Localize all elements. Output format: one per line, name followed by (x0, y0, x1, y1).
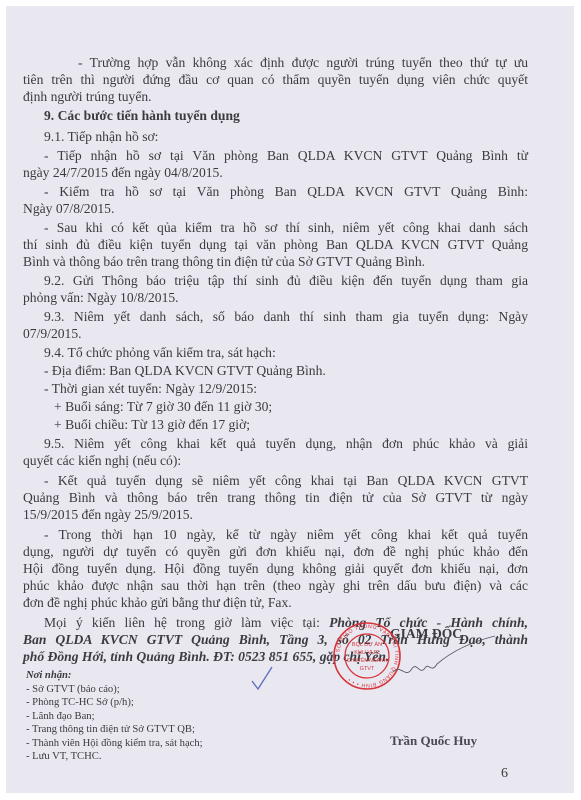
recipients-title: Nơi nhận: (26, 669, 71, 682)
paragraph-line: thí sinh đủ điều kiện tuyển dụng tại văn… (23, 236, 528, 253)
paragraph-line: 15/9/2015 đến ngày 25/9/2015. (23, 506, 193, 523)
document-page: - Trường hợp vẫn không xác định được ngư… (6, 6, 574, 793)
paragraph-line: - Kiểm tra hồ sơ tại Văn phòng Ban QLDA … (44, 183, 528, 200)
subsection-heading: 9.1. Tiếp nhận hồ sơ: (44, 128, 158, 145)
paragraph-line: 9.3. Niêm yết danh sách, số báo danh thí… (44, 308, 528, 325)
paragraph-line: định người trúng tuyển. (23, 88, 152, 105)
paragraph-line: Hội đồng tuyển dụng. Hội đồng tuyển dụng… (23, 560, 528, 577)
paragraph-line: phỏng vấn: Ngày 10/8/2015. (23, 289, 179, 306)
recipient-item: - Lãnh đạo Ban; (26, 710, 203, 723)
subsection-heading: 9.4. Tổ chức phỏng vấn kiểm tra, sát hạc… (44, 344, 276, 361)
recipient-item: - Trang thông tin điện tử Sở GTVT QB; (26, 723, 203, 736)
paragraph-line: ngày 24/7/2015 đến ngày 04/8/2015. (23, 164, 223, 181)
paragraph-line: + Buổi sáng: Từ 7 giờ 30 đến 11 giờ 30; (54, 398, 272, 415)
recipient-item: - Sở GTVT (báo cáo); (26, 683, 203, 696)
paragraph-line: Bình và thông báo trên trang thông tin đ… (23, 253, 425, 270)
paragraph-line: - Trong thời hạn 10 ngày, kể từ ngày niê… (44, 526, 528, 543)
paragraph-line: 07/9/2015. (23, 325, 82, 342)
paragraph-line: dụng, người dự tuyển có quyền gửi đơn kh… (23, 543, 528, 560)
checkmark-icon (250, 665, 274, 691)
paragraph-line: + Buổi chiều: Từ 13 giờ đến 17 giờ; (54, 416, 250, 433)
signer-name: Trần Quốc Huy (390, 732, 477, 749)
paragraph-line: đơn đề nghị phúc khảo gửi bằng thư điện … (23, 594, 292, 611)
paragraph-line: Ngày 07/8/2015. (23, 200, 114, 217)
paragraph-line: - Địa điểm: Ban QLDA KVCN GTVT Quảng Bìn… (44, 362, 326, 379)
paragraph-line: - Kết quả tuyển dụng sẽ niêm yết công kh… (44, 472, 528, 489)
section-heading: 9. Các bước tiến hành tuyển dụng (44, 107, 240, 124)
paragraph-line: 9.2. Gửi Thông báo triệu tập thí sinh đủ… (44, 272, 528, 289)
page-number: 6 (501, 766, 508, 782)
paragraph-line: 9.5. Niêm yết công khai kết quả tuyển dụ… (44, 435, 528, 452)
svg-text:KHU VỰC: KHU VỰC (354, 650, 380, 656)
paragraph-line: - Tiếp nhận hồ sơ tại Văn phòng Ban QLDA… (44, 147, 528, 164)
svg-text:BQL DỰ ÁN: BQL DỰ ÁN (352, 641, 382, 648)
paragraph-line: phúc khảo được nhận sau thời hạn trên (t… (23, 577, 528, 594)
recipient-item: - Lưu VT, TCHC. (26, 750, 203, 763)
paragraph-line: quyết các kiến nghị (nếu có): (23, 452, 181, 469)
paragraph-line: - Trường hợp vẫn không xác định được ngư… (62, 54, 528, 71)
paragraph-line: - Sau khi có kết qủa kiểm tra hồ sơ thí … (44, 219, 528, 236)
recipient-item: - Phòng TC-HC Sở (p/h); (26, 696, 203, 709)
signature-icon (391, 634, 501, 682)
svg-text:GTVT: GTVT (360, 666, 375, 672)
recipient-item: - Thành viên Hội đồng kiểm tra, sát hạch… (26, 737, 203, 750)
recipients-list: - Sở GTVT (báo cáo); - Phòng TC-HC Sở (p… (26, 683, 203, 763)
paragraph-line: - Thời gian xét tuyển: Ngày 12/9/2015: (44, 380, 257, 397)
paragraph-line: tiên trên thì người đứng đầu cơ quan có … (23, 71, 528, 88)
svg-text:CHUYÊN NGÀNH: CHUYÊN NGÀNH (347, 656, 388, 664)
paragraph-line: Quảng Bình và thông báo trên trang thông… (23, 489, 528, 506)
contact-text: Mọi ý kiến liên hệ trong giờ làm việc tạ… (44, 615, 329, 630)
